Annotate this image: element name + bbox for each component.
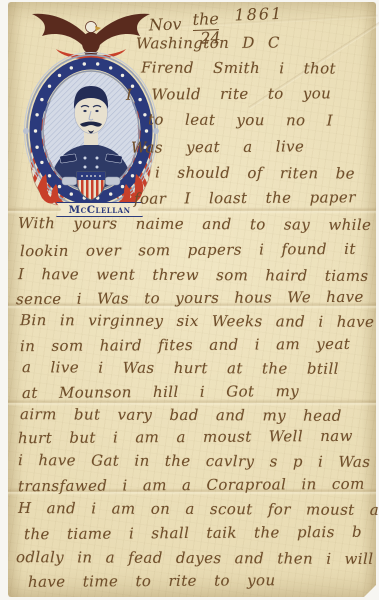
letter-line: a live i Was hurt at the btill: [22, 360, 339, 377]
letter-line: I Would rite to you: [126, 86, 331, 102]
letter-line: With yours naime and to say while: [18, 216, 371, 233]
eagle-icon: [32, 14, 150, 65]
letter-line: hurt but i am a moust Well naw: [18, 429, 353, 446]
letter-line: odlaly in a fead dayes and then i will: [16, 550, 373, 567]
letter-line: transfawed i am a Coraproal in com: [18, 477, 365, 494]
scan-background: McClellan Nov the 24 1861 Washington D C…: [0, 0, 379, 600]
letter-paper: McClellan Nov the 24 1861 Washington D C…: [8, 2, 376, 597]
scanned-letter-page: { "letterhead": { "banner": "McClellan",…: [0, 0, 379, 600]
letter-line: H and i am on a scout for moust all: [18, 501, 379, 518]
torn-corner: [363, 584, 377, 598]
letter-line: foar I loast the paper: [134, 190, 356, 207]
letter-line: Firend Smith i thot: [141, 60, 336, 76]
letter-line: sence i Was to yours hous We have: [16, 290, 364, 307]
letter-line: i have Gat in the cavlry s p i Was: [18, 453, 370, 470]
letter-line: Bin in virginney six Weeks and i have: [20, 313, 374, 330]
letter-line: Was yeat a live: [131, 139, 304, 155]
letter-line: at Mounson hill i Got my: [22, 384, 299, 401]
letter-line: airm but vary bad and my head: [20, 407, 342, 424]
date-month: Nov: [148, 14, 181, 34]
letter-line: to leat you no I: [148, 113, 333, 129]
letter-line: Washington D C: [136, 35, 280, 51]
letter-line: lookin over som papers i found it: [20, 242, 356, 259]
date-year: 1861: [234, 4, 283, 25]
letter-line: i should of riten be: [155, 165, 355, 181]
letter-line: I have went threw som haird tiams: [18, 267, 369, 284]
letter-line: the tiame i shall taik the plais b: [24, 525, 362, 542]
letter-line: in som haird fites and i am yeat: [20, 337, 350, 354]
letter-line: have time to rite to you: [28, 573, 276, 590]
